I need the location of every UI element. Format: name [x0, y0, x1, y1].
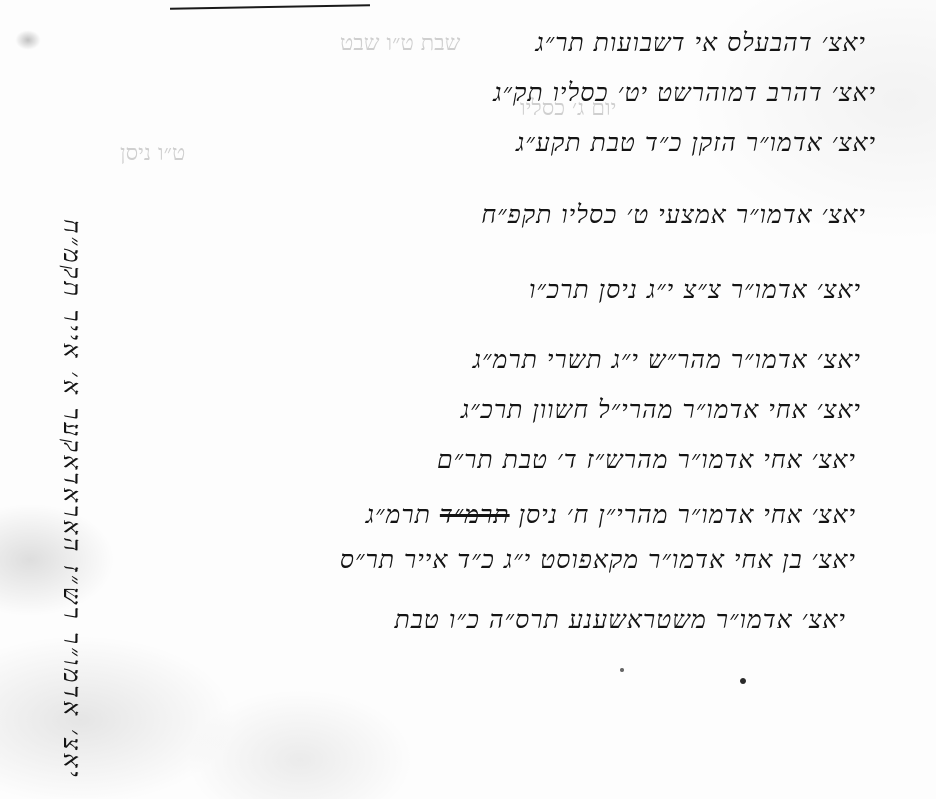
- line-9-correction: תרמ״ג: [366, 500, 431, 529]
- yahrzeit-line-6: יאצ׳ אדמו״ר מהר״ש י״ג תשרי תרמ״ג: [473, 345, 861, 375]
- yahrzeit-line-11: יאצ׳ אדמו״ר משטראשענע תרס״ה כ״ו טבת: [395, 605, 847, 635]
- line-9-struck: תרמ״ד: [440, 500, 510, 529]
- yahrzeit-line-9: יאצ׳ אחי אדמו״ר מהרי״ן ח׳ ניסן תרמ״ד תרמ…: [366, 500, 856, 530]
- yahrzeit-line-2: יאצ׳ דהרב דמוהרשט יט׳ כסליו תק״ג: [493, 78, 876, 108]
- yahrzeit-line-8: יאצ׳ אחי אדמו״ר מהרש״ז ד׳ טבת תר״ם: [437, 445, 856, 475]
- yahrzeit-line-3: יאצ׳ אדמו״ר הזקן כ״ד טבת תקע״ג: [516, 128, 876, 158]
- bleed-through-text: שבת ט״ו שבט: [340, 30, 460, 56]
- yahrzeit-line-10: יאצ׳ בן אחי אדמו״ר מקאפוסט י״ג כ״ד אייר …: [340, 545, 856, 575]
- bleed-through-text: ט״ו ניסן: [120, 140, 185, 166]
- yahrzeit-line-4: יאצ׳ אדמו״ר אמצעי ט׳ כסליו תקפ״ח: [481, 200, 866, 230]
- top-rule-line: [170, 4, 370, 9]
- ink-speck: [740, 678, 746, 684]
- manuscript-page: שבת ט״ו שבט יום ג׳ כסליו ט״ו ניסן יאצ׳ א…: [0, 0, 936, 799]
- margin-note-vertical: יאצ׳ אדמו״ר רש״ז האראדאקער א׳ אייר תקמ״ח: [58, 40, 86, 780]
- line-9-main: יאצ׳ אחי אדמו״ר מהרי״ן ח׳ ניסן: [519, 500, 856, 529]
- yahrzeit-line-7: יאצ׳ אחי אדמו״ר מהרי״ל חשוון תרכ״ג: [461, 395, 861, 425]
- yahrzeit-line-1: יאצ׳ דהבעלס אי דשבועות תר״ג: [535, 28, 866, 58]
- ink-speck: [620, 668, 624, 672]
- yahrzeit-line-5: יאצ׳ אדמו״ר צ״צ י״ג ניסן תרכ״ו: [529, 275, 861, 305]
